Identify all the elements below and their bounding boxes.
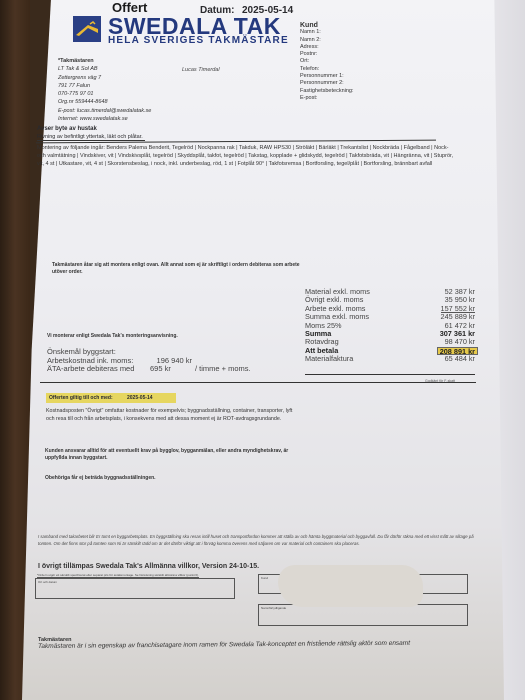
company-info: *Takmästaren LT Tak & Sol AB Zettergrens…	[58, 57, 151, 123]
brand-tagline: HELA SVERIGES TAKMÄSTARE	[108, 35, 289, 46]
ata-unit: / timme + moms.	[195, 365, 251, 374]
roof-logo-icon	[73, 16, 101, 42]
customer-field: Telefon:	[300, 66, 354, 73]
ata-label: ÄTA-arbete debiteras med	[47, 365, 150, 374]
customer-responsibility-note: Kunden ansvarar alltid för att eventuell…	[45, 448, 305, 463]
start-info: Önskemål byggstart: Arbetskostnad ink. m…	[47, 348, 251, 374]
worksite-note: I samband med takarbetet blir Er tomt en…	[38, 534, 478, 547]
divider	[40, 382, 476, 383]
place-date-field[interactable]: Ort och datum	[35, 578, 235, 599]
company-line: LT Tak & Sol AB	[58, 65, 151, 73]
customer-field: Namn 1:	[300, 29, 354, 36]
company-line: 070-775 97 01	[58, 90, 151, 98]
redaction-mark	[278, 565, 423, 607]
scope-description: Montering av följande ingår: Benders Pal…	[37, 144, 457, 168]
name-clarification-field[interactable]: Namnförtydligande	[258, 604, 468, 626]
place-date-label: Ort och datum	[38, 580, 57, 584]
terms-heading: I övrigt tillämpas Swedala Tak's Allmänn…	[38, 563, 259, 570]
divider	[305, 374, 475, 375]
customer-field: E-post:	[300, 95, 354, 102]
installation-note: Vi monterar enligt Swedala Tak's monteri…	[47, 333, 178, 339]
company-heading: *Takmästaren	[58, 57, 151, 65]
customer-signature-label: Kund	[261, 576, 268, 580]
validity-date: 2025-05-14	[127, 395, 153, 401]
company-line: Internet: www.swedalatak.se	[58, 115, 151, 123]
scope-heading: Avser byte av hustak	[37, 126, 97, 132]
customer-field: Postnr:	[300, 51, 354, 58]
summary-label: Materialfaktura	[305, 355, 353, 363]
scope-subheading: Rivning av befintligt yttertak, läkt och…	[37, 134, 145, 141]
customer-heading: Kund	[300, 22, 354, 29]
company-line: Zettergrens väg 7	[58, 74, 151, 82]
name-clarification-label: Namnförtydligande	[261, 606, 286, 610]
customer-field: Ort:	[300, 58, 354, 65]
company-line: E-post: lucas.timerdal@swedalatak.se	[58, 107, 151, 115]
unauthorized-note: Obehöriga får ej beträda byggnadsställni…	[45, 475, 156, 481]
customer-field: Personnummer 2:	[300, 80, 354, 87]
contractor-note: Takmästaren åtar sig att montera enligt …	[52, 262, 312, 276]
contact-person: Lucas Timerdal	[182, 67, 220, 73]
customer-field: Namn 2:	[300, 37, 354, 44]
ata-value: 695 kr	[150, 365, 180, 374]
price-summary: Material exkl. moms52 387 krÖvrigt exkl.…	[305, 288, 475, 364]
customer-field: Personnummer 1:	[300, 73, 354, 80]
summary-value: 65 484 kr	[445, 355, 475, 363]
company-line: 791 77 Falun	[58, 82, 151, 90]
customer-field: Fastighetsbeteckning:	[300, 88, 354, 95]
summary-value: 98 470 kr	[445, 338, 475, 346]
customer-field: Adress:	[300, 44, 354, 51]
summary-row: Materialfaktura65 484 kr	[305, 355, 475, 363]
validity-label: Offerten giltig till och med:	[46, 395, 127, 401]
company-line: Org.nr 559444-8648	[58, 98, 151, 106]
customer-info: Kund Namn 1: Namn 2: Adress: Postnr: Ort…	[300, 22, 354, 102]
validity-banner: Offerten giltig till och med: 2025-05-14	[46, 393, 176, 403]
cost-note: Kostnadsposten "Övrigt" omfattar kostnad…	[46, 408, 296, 423]
